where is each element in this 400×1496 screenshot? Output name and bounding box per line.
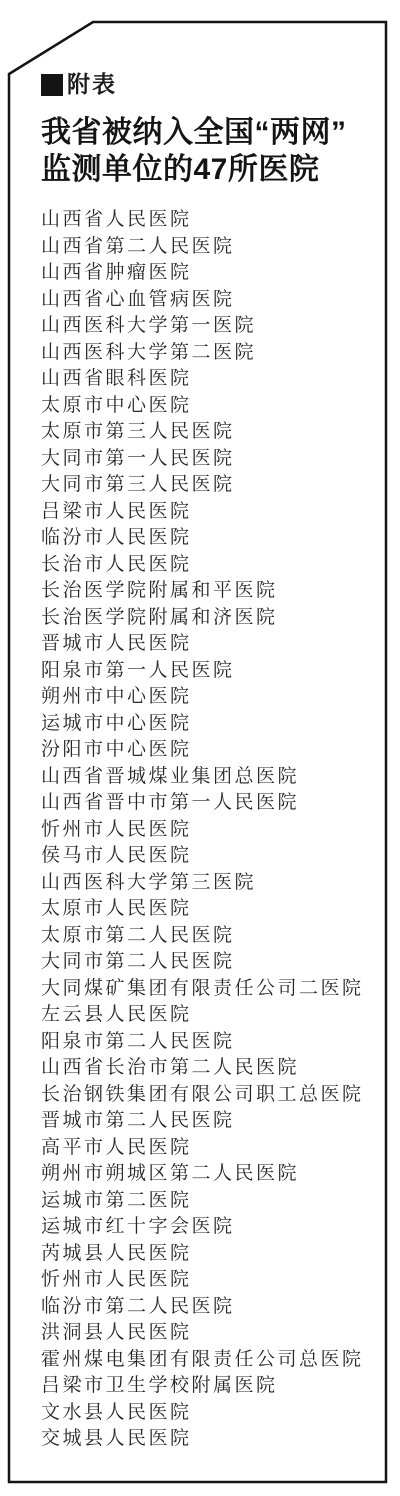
list-item: 晋城市人民医院 <box>41 631 376 658</box>
list-item: 汾阳市中心医院 <box>41 737 376 764</box>
appendix-label: 附表 <box>67 72 117 97</box>
list-item: 大同煤矿集团有限责任公司二医院 <box>41 976 376 1003</box>
list-item: 芮城县人民医院 <box>41 1241 376 1268</box>
list-item: 太原市第三人民医院 <box>41 419 376 446</box>
list-item: 忻州市人民医院 <box>41 817 376 844</box>
list-item: 长治医学院附属和济医院 <box>41 605 376 632</box>
list-item: 长治市人民医院 <box>41 552 376 579</box>
list-item: 吕梁市卫生学校附属医院 <box>41 1373 376 1400</box>
list-item: 交城县人民医院 <box>41 1426 376 1453</box>
list-item: 山西医科大学第三医院 <box>41 870 376 897</box>
list-item: 高平市人民医院 <box>41 1135 376 1162</box>
list-item: 晋城市第二人民医院 <box>41 1108 376 1135</box>
list-item: 山西省晋中市第一人民医院 <box>41 790 376 817</box>
appendix-tag: 附表 <box>41 72 376 97</box>
list-item: 忻州市人民医院 <box>41 1267 376 1294</box>
list-item: 朔州市朔城区第二人民医院 <box>41 1161 376 1188</box>
list-item: 霍州煤电集团有限责任公司总医院 <box>41 1347 376 1374</box>
list-item: 山西省第二人民医院 <box>41 234 376 261</box>
table-title-line1: 我省被纳入全国“两网” <box>41 114 376 151</box>
list-item: 山西医科大学第一医院 <box>41 313 376 340</box>
list-item: 临汾市第二人民医院 <box>41 1294 376 1321</box>
list-item: 阳泉市第二人民医院 <box>41 1029 376 1056</box>
table-content: 附表 我省被纳入全国“两网” 监测单位的47所医院 山西省人民医院山西省第二人民… <box>41 72 376 1453</box>
list-item: 洪洞县人民医院 <box>41 1320 376 1347</box>
list-item: 长治医学院附属和平医院 <box>41 578 376 605</box>
list-item: 阳泉市第一人民医院 <box>41 658 376 685</box>
list-item: 山西省肿瘤医院 <box>41 260 376 287</box>
newspaper-clipping: 附表 我省被纳入全国“两网” 监测单位的47所医院 山西省人民医院山西省第二人民… <box>0 0 400 1496</box>
list-item: 文水县人民医院 <box>41 1400 376 1427</box>
list-item: 山西省人民医院 <box>41 207 376 234</box>
list-item: 长治钢铁集团有限公司职工总医院 <box>41 1082 376 1109</box>
list-item: 山西省晋城煤业集团总医院 <box>41 764 376 791</box>
list-item: 左云县人民医院 <box>41 1002 376 1029</box>
square-bullet-icon <box>41 74 63 96</box>
list-item: 大同市第三人民医院 <box>41 472 376 499</box>
list-item: 大同市第二人民医院 <box>41 949 376 976</box>
list-item: 山西省心血管病医院 <box>41 287 376 314</box>
list-item: 运城市第二医院 <box>41 1188 376 1215</box>
list-item: 太原市人民医院 <box>41 896 376 923</box>
hospital-list: 山西省人民医院山西省第二人民医院山西省肿瘤医院山西省心血管病医院山西医科大学第一… <box>41 207 376 1453</box>
table-title-line2: 监测单位的47所医院 <box>41 151 376 188</box>
list-item: 山西省长治市第二人民医院 <box>41 1055 376 1082</box>
list-item: 运城市红十字会医院 <box>41 1214 376 1241</box>
list-item: 山西医科大学第二医院 <box>41 340 376 367</box>
list-item: 朔州市中心医院 <box>41 684 376 711</box>
list-item: 侯马市人民医院 <box>41 843 376 870</box>
list-item: 山西省眼科医院 <box>41 366 376 393</box>
list-item: 太原市中心医院 <box>41 393 376 420</box>
list-item: 运城市中心医院 <box>41 711 376 738</box>
table-title: 我省被纳入全国“两网” 监测单位的47所医院 <box>41 114 376 188</box>
list-item: 吕梁市人民医院 <box>41 499 376 526</box>
list-item: 临汾市人民医院 <box>41 525 376 552</box>
list-item: 大同市第一人民医院 <box>41 446 376 473</box>
list-item: 太原市第二人民医院 <box>41 923 376 950</box>
